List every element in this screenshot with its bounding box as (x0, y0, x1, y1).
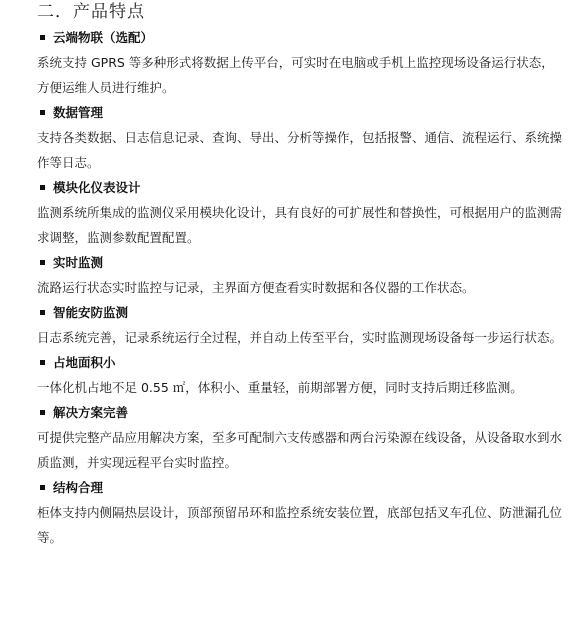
feature-title: 实时监测 (37, 250, 565, 275)
feature-data-management: 数据管理 支持各类数据、日志信息记录、查询、导出、分析等操作，包括报警、通信、流… (37, 100, 565, 175)
feature-reasonable-structure: 结构合理 柜体支持内侧隔热层设计，顶部预留吊环和监控系统安装位置，底部包括叉车孔… (37, 475, 565, 550)
feature-title-text: 模块化仪表设计 (53, 180, 141, 195)
feature-title-text: 实时监测 (53, 255, 103, 270)
feature-title: 数据管理 (37, 100, 565, 125)
document-page: 二．产品特点 云端物联（选配） 系统支持 GPRS 等多种形式将数据上传平台，可… (0, 0, 585, 550)
bullet-icon (40, 360, 45, 365)
bullet-icon (40, 35, 45, 40)
feature-title-text: 结构合理 (53, 480, 103, 495)
feature-realtime-monitoring: 实时监测 流路运行状态实时监控与记录，主界面方便查看实时数据和各仪器的工作状态。 (37, 250, 565, 300)
feature-title: 占地面积小 (37, 350, 565, 375)
feature-title-text: 占地面积小 (53, 355, 116, 370)
bullet-icon (40, 110, 45, 115)
feature-title-text: 数据管理 (53, 105, 103, 120)
feature-small-footprint: 占地面积小 一体化机占地不足 0.55 ㎡，体积小、重量轻，前期部署方便，同时支… (37, 350, 565, 400)
feature-description: 支持各类数据、日志信息记录、查询、导出、分析等操作，包括报警、通信、流程运行、系… (37, 125, 565, 175)
feature-description: 日志系统完善，记录系统运行全过程，并自动上传至平台，实时监测现场设备每一步运行状… (37, 325, 565, 350)
bullet-icon (40, 260, 45, 265)
feature-title: 解决方案完善 (37, 400, 565, 425)
bullet-icon (40, 185, 45, 190)
feature-title-text: 云端物联（选配） (53, 30, 153, 45)
feature-complete-solution: 解决方案完善 可提供完整产品应用解决方案，至多可配制六支传感器和两台污染源在线设… (37, 400, 565, 475)
section-heading: 二．产品特点 (37, 0, 565, 25)
feature-title: 智能安防监测 (37, 300, 565, 325)
feature-title: 模块化仪表设计 (37, 175, 565, 200)
feature-description: 柜体支持内侧隔热层设计，顶部预留吊环和监控系统安装位置，底部包括叉车孔位、防泄漏… (37, 500, 565, 550)
feature-cloud-iot: 云端物联（选配） 系统支持 GPRS 等多种形式将数据上传平台，可实时在电脑或手… (37, 25, 565, 100)
feature-title-text: 解决方案完善 (53, 405, 128, 420)
feature-description: 流路运行状态实时监控与记录，主界面方便查看实时数据和各仪器的工作状态。 (37, 275, 565, 300)
feature-description: 监测系统所集成的监测仪采用模块化设计，具有良好的可扩展性和替换性，可根据用户的监… (37, 200, 565, 250)
feature-description: 系统支持 GPRS 等多种形式将数据上传平台，可实时在电脑或手机上监控现场设备运… (37, 50, 565, 100)
bullet-icon (40, 485, 45, 490)
feature-modular-design: 模块化仪表设计 监测系统所集成的监测仪采用模块化设计，具有良好的可扩展性和替换性… (37, 175, 565, 250)
feature-title: 云端物联（选配） (37, 25, 565, 50)
bullet-icon (40, 310, 45, 315)
feature-title: 结构合理 (37, 475, 565, 500)
feature-description: 一体化机占地不足 0.55 ㎡，体积小、重量轻，前期部署方便，同时支持后期迁移监… (37, 375, 565, 400)
feature-description: 可提供完整产品应用解决方案，至多可配制六支传感器和两台污染源在线设备，从设备取水… (37, 425, 565, 475)
bullet-icon (40, 410, 45, 415)
feature-title-text: 智能安防监测 (53, 305, 128, 320)
feature-smart-security: 智能安防监测 日志系统完善，记录系统运行全过程，并自动上传至平台，实时监测现场设… (37, 300, 565, 350)
